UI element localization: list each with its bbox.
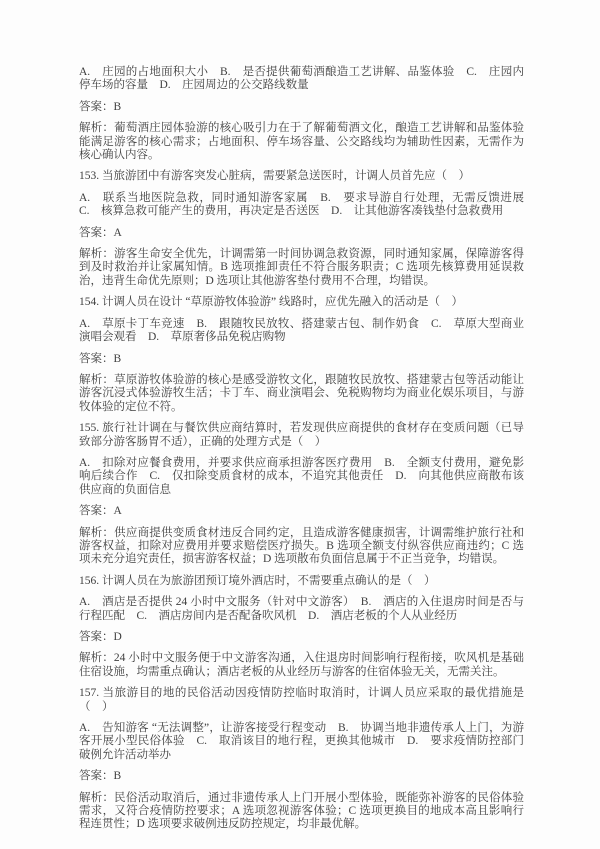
- question-154-options: A. 草原卡丁车竞速 B. 跟随牧民放牧、搭建蒙古包、制作奶食 C. 草原大型商…: [79, 318, 524, 345]
- question-153-analysis: 解析：游客生命安全优先，计调需第一时间协调急救资源，同时通知家属，保障游客得到及…: [79, 248, 524, 288]
- question-block-153: 153. 当旅游团中有游客突发心脏病，需要紧急送医时，计调人员首先应（ ） A.…: [79, 170, 524, 288]
- question-153-answer: 答案：A: [79, 227, 524, 240]
- question-157-options: A. 告知游客 “无法调整”，让游客接受行程变动 B. 协调当地非遗传承人上门，…: [79, 722, 524, 762]
- question-157-stem: 157. 当旅游目的地的民俗活动因疫情防控临时取消时，计调人员应采取的最优措施是…: [79, 687, 524, 714]
- question-156-analysis: 解析：24 小时中文服务便于中文游客沟通，入住退房时间影响行程衔接，吹风机是基础…: [79, 652, 524, 679]
- question-153-stem: 153. 当旅游团中有游客突发心脏病，需要紧急送医时，计调人员首先应（ ）: [79, 170, 524, 183]
- exam-document-page: A. 庄园的占地面积大小 B. 是否提供葡萄酒酿造工艺讲解、品鉴体验 C. 庄园…: [0, 0, 600, 849]
- question-155-answer: 答案：A: [79, 505, 524, 518]
- question-157-analysis: 解析：民俗活动取消后，通过非遗传承人上门开展小型体验，既能弥补游客的民俗体验需求…: [79, 792, 524, 832]
- question-155-stem: 155. 旅行社计调在与餐饮供应商结算时，若发现供应商提供的食材存在变质问题（已…: [79, 422, 524, 449]
- question-156-options: A. 酒店是否提供 24 小时中文服务（针对中文游客） B. 酒店的入住退房时间…: [79, 596, 524, 623]
- question-152-options: A. 庄园的占地面积大小 B. 是否提供葡萄酒酿造工艺讲解、品鉴体验 C. 庄园…: [79, 66, 524, 93]
- question-154-analysis: 解析：草原游牧体验游的核心是感受游牧文化，跟随牧民放牧、搭建蒙古包等活动能让游客…: [79, 374, 524, 414]
- question-153-options: A. 联系当地医院急救，同时通知游客家属 B. 要求导游自行处理，无需反馈进展 …: [79, 192, 524, 219]
- question-156-stem: 156. 计调人员在为旅游团预订境外酒店时，不需要重点确认的是（ ）: [79, 575, 524, 588]
- question-block-155: 155. 旅行社计调在与餐饮供应商结算时，若发现供应商提供的食材存在变质问题（已…: [79, 422, 524, 567]
- question-156-answer: 答案：D: [79, 631, 524, 644]
- question-block-154: 154. 计调人员在设计 “草原游牧体验游” 线路时，应优先融入的活动是（ ） …: [79, 296, 524, 414]
- question-154-answer: 答案：B: [79, 353, 524, 366]
- question-block-152-tail: A. 庄园的占地面积大小 B. 是否提供葡萄酒酿造工艺讲解、品鉴体验 C. 庄园…: [79, 66, 524, 162]
- question-block-157: 157. 当旅游目的地的民俗活动因疫情防控临时取消时，计调人员应采取的最优措施是…: [79, 687, 524, 832]
- question-152-answer: 答案：B: [79, 101, 524, 114]
- question-152-analysis: 解析：葡萄酒庄园体验游的核心吸引力在于了解葡萄酒文化，酿造工艺讲解和品鉴体验能满…: [79, 122, 524, 162]
- question-154-stem: 154. 计调人员在设计 “草原游牧体验游” 线路时，应优先融入的活动是（ ）: [79, 296, 524, 309]
- question-155-analysis: 解析：供应商提供变质食材违反合同约定，且造成游客健康损害，计调需维护旅行社和游客…: [79, 527, 524, 567]
- question-157-answer: 答案：B: [79, 770, 524, 783]
- question-block-156: 156. 计调人员在为旅游团预订境外酒店时，不需要重点确认的是（ ） A. 酒店…: [79, 575, 524, 679]
- question-155-options: A. 扣除对应餐食费用，并要求供应商承担游客医疗费用 B. 全额支付费用，避免影…: [79, 457, 524, 497]
